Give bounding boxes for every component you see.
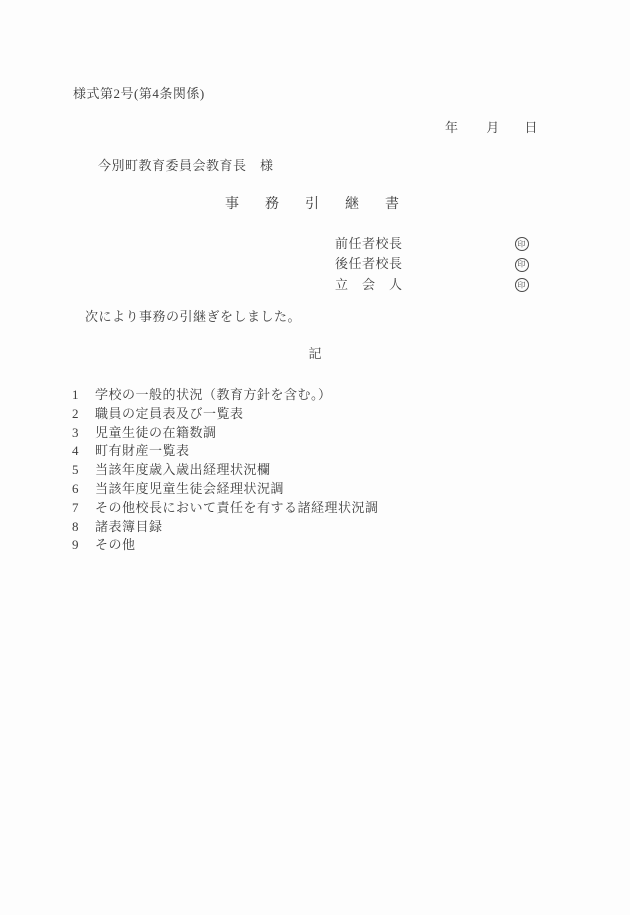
seal-icon: 印 bbox=[515, 237, 529, 251]
item-text: 当該年度歳入歳出経理状況欄 bbox=[95, 463, 271, 478]
addressee: 今別町教育委員会教育長 様 bbox=[98, 159, 274, 174]
list-item: 9 その他 bbox=[72, 538, 379, 557]
list-item: 5 当該年度歳入歳出経理状況欄 bbox=[72, 463, 379, 482]
list-item: 3 児童生徒の在籍数調 bbox=[72, 426, 379, 445]
signatory-row-successor: 後任者校長 印 bbox=[335, 255, 529, 276]
document-page: 様式第2号(第4条関係) 年 月 日 今別町教育委員会教育長 様 事 務 引 継… bbox=[0, 0, 630, 915]
item-text: その他 bbox=[95, 538, 136, 553]
signatory-row-predecessor: 前任者校長 印 bbox=[335, 234, 529, 255]
record-heading: 記 bbox=[0, 347, 630, 362]
signatory-label: 前任者校長 bbox=[335, 237, 403, 252]
item-number: 6 bbox=[72, 482, 95, 497]
date-year-label: 年 bbox=[445, 120, 458, 135]
document-title: 事 務 引 継 書 bbox=[0, 197, 630, 213]
signatory-label: 後任者校長 bbox=[335, 257, 403, 272]
item-text: 職員の定員表及び一覧表 bbox=[95, 407, 244, 422]
item-number: 7 bbox=[72, 501, 95, 516]
seal-character: 印 bbox=[518, 281, 526, 289]
seal-icon: 印 bbox=[515, 258, 529, 272]
list-item: 2 職員の定員表及び一覧表 bbox=[72, 407, 379, 426]
item-number: 9 bbox=[72, 538, 95, 553]
item-text: その他校長において責任を有する諸経理状況調 bbox=[95, 501, 379, 516]
list-item: 6 当該年度児童生徒会経理状況調 bbox=[72, 482, 379, 501]
item-number: 1 bbox=[72, 388, 95, 403]
item-text: 当該年度児童生徒会経理状況調 bbox=[95, 482, 284, 497]
item-text: 児童生徒の在籍数調 bbox=[95, 426, 217, 441]
seal-character: 印 bbox=[518, 240, 526, 248]
date-month-label: 月 bbox=[486, 120, 499, 135]
signatory-label: 立 会 人 bbox=[335, 278, 403, 293]
item-list: 1 学校の一般的状況（教育方針を含む。） 2 職員の定員表及び一覧表 3 児童生… bbox=[72, 388, 379, 557]
seal-character: 印 bbox=[518, 261, 526, 269]
signatory-block: 前任者校長 印 後任者校長 印 立 会 人 印 bbox=[335, 234, 529, 296]
list-item: 8 諸表簿目録 bbox=[72, 520, 379, 539]
item-text: 諸表簿目録 bbox=[95, 520, 163, 535]
item-number: 4 bbox=[72, 444, 95, 459]
form-number: 様式第2号(第4条関係) bbox=[73, 87, 205, 102]
date-day-label: 日 bbox=[525, 120, 538, 135]
item-number: 3 bbox=[72, 426, 95, 441]
item-text: 学校の一般的状況（教育方針を含む。） bbox=[95, 388, 332, 403]
list-item: 4 町有財産一覧表 bbox=[72, 444, 379, 463]
item-number: 5 bbox=[72, 463, 95, 478]
item-number: 2 bbox=[72, 407, 95, 422]
body-text: 次により事務の引継ぎをしました。 bbox=[85, 310, 301, 325]
list-item: 7 その他校長において責任を有する諸経理状況調 bbox=[72, 501, 379, 520]
list-item: 1 学校の一般的状況（教育方針を含む。） bbox=[72, 388, 379, 407]
seal-icon: 印 bbox=[515, 278, 529, 292]
signatory-row-witness: 立 会 人 印 bbox=[335, 275, 529, 296]
item-number: 8 bbox=[72, 520, 95, 535]
item-text: 町有財産一覧表 bbox=[95, 444, 190, 459]
date-line: 年 月 日 bbox=[445, 121, 538, 136]
